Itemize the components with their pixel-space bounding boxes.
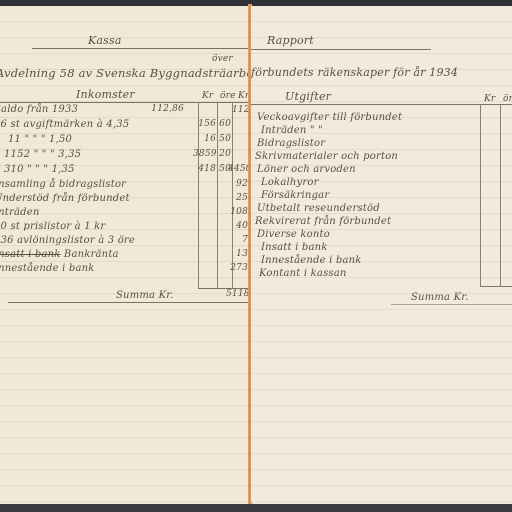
income-row: Understöd från förbundet xyxy=(0,193,130,204)
income-row-total: 273 xyxy=(228,263,248,273)
col-divider-1 xyxy=(480,104,481,286)
income-row: Insamling å bidragslistor xyxy=(0,179,126,190)
expense-row: Utbetalt reseunderstöd xyxy=(257,203,380,214)
income-row: 36 st avgiftmärken à 4,35 xyxy=(0,119,129,130)
expense-row: Lokalhyror xyxy=(261,177,319,188)
expense-row: Bidragslistor xyxy=(257,138,325,149)
left-page: Kassa över Avdelning 58 av Svenska Byggn… xyxy=(0,6,250,506)
col-header-ore: öre xyxy=(503,94,512,104)
over-word: över xyxy=(212,54,233,64)
expense-row: Rekvirerat från förbundet xyxy=(255,216,391,227)
sum-rule xyxy=(8,302,250,303)
expense-row: Diverse konto xyxy=(257,229,330,240)
income-row-kr: 3859 xyxy=(193,149,216,159)
income-row-kr: 16 xyxy=(198,134,216,144)
expense-row: Skrivmaterialer och porton xyxy=(255,151,398,162)
col-header-kr: Kr xyxy=(202,91,213,101)
income-row: Saldo från 1933 xyxy=(0,104,78,115)
income-row: 40 st prislistor à 1 kr xyxy=(0,221,105,232)
sum-rule xyxy=(391,304,512,305)
income-row-total: 7 xyxy=(232,235,248,245)
right-heading-line: förbundets räkenskaper för år 1934 xyxy=(251,66,458,79)
header-rule xyxy=(251,104,512,105)
sum-label: Summa Kr. xyxy=(116,290,174,301)
income-row-total: 112 xyxy=(232,105,248,115)
col-divider-2 xyxy=(500,104,501,286)
scan-background-bottom xyxy=(0,504,512,512)
expense-row: Insatt i bank xyxy=(261,242,328,253)
income-row-total: 4450 xyxy=(228,164,248,174)
sum-label: Summa Kr. xyxy=(411,292,469,303)
income-row-total: 25 xyxy=(232,193,248,203)
income-row: Inträden xyxy=(0,207,40,218)
income-section-title: Inkomster xyxy=(76,88,135,101)
left-page-title: Kassa xyxy=(88,34,122,47)
income-row-ore: 50 xyxy=(217,134,231,144)
struck-text: Insatt i bank xyxy=(0,249,61,260)
income-row-kr: 156 xyxy=(198,119,216,129)
income-row-total: 108 xyxy=(230,207,248,217)
income-row: Insatt i bank Bankränta xyxy=(0,249,119,260)
right-page-title: Rapport xyxy=(267,34,314,47)
column-close-rule xyxy=(480,286,512,287)
income-row-ore: 20 xyxy=(217,149,231,159)
expense-row: Försäkringar xyxy=(261,190,329,201)
expense-section-title: Utgifter xyxy=(285,90,331,103)
income-row-ore: 60 xyxy=(217,119,231,129)
income-row: 236 avlöningslistor à 3 öre xyxy=(0,235,135,246)
title-rule xyxy=(32,48,250,49)
income-row-kr: 418 xyxy=(198,164,216,174)
income-row-total: 92 xyxy=(232,179,248,189)
expense-row: Innestående i bank xyxy=(261,255,362,266)
header-rule xyxy=(0,102,250,103)
expense-row: Löner och arvoden xyxy=(257,164,356,175)
expense-row: Kontant i kassan xyxy=(259,268,347,279)
col-divider-1 xyxy=(198,102,199,288)
income-row: 1152 " " " 3,35 xyxy=(4,149,81,160)
income-row-total: 13 xyxy=(232,249,248,259)
sum-value: 5118 xyxy=(226,289,248,299)
income-row-mid: 112,86 xyxy=(150,104,184,114)
expense-row: Veckoavgifter till förbundet xyxy=(257,112,402,123)
income-row-total: 40 xyxy=(232,221,248,231)
title-rule xyxy=(251,49,431,50)
income-row: 11 " " " 1,50 xyxy=(8,134,72,145)
col-header-kr: Kr xyxy=(484,94,495,104)
income-row: Innestående i bank xyxy=(0,263,95,274)
col-divider-2 xyxy=(217,102,218,288)
income-row: 310 " " " 1,35 xyxy=(4,164,75,175)
expense-row: Inträden " " xyxy=(261,125,323,136)
left-heading-line: Avdelning 58 av Svenska Byggnadsträarbet… xyxy=(0,66,250,80)
right-page: Rapport förbundets räkenskaper för år 19… xyxy=(251,6,512,506)
col-header-ore: öre xyxy=(220,91,236,101)
